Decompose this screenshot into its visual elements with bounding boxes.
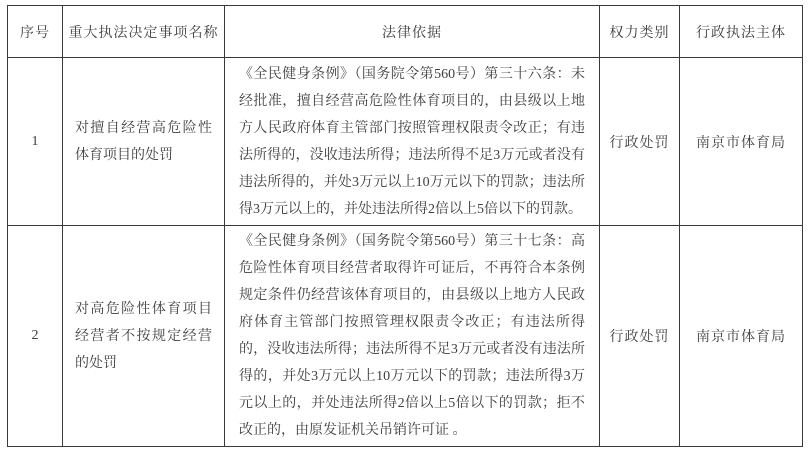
header-cell-power-category: 权力类别 [600,6,680,58]
table-row: 2 对高危险性体育项目经营者不按规定经营的处罚 《全民健身条例》（国务院令第56… [8,226,803,447]
row1-enforcement-body: 南京市体育局 [680,58,803,226]
row1-legal-basis: 《全民健身条例》（国务院令第560号）第三十六条：未经批准，擅自经营高危险性体育… [225,58,600,226]
header-cell-enforcement-body: 行政执法主体 [680,6,803,58]
header-cell-index: 序号 [8,6,63,58]
row2-name: 对高危险性体育项目经营者不按规定经营的处罚 [63,226,225,447]
table-row: 1 对擅自经营高危险性体育项目的处罚 《全民健身条例》（国务院令第560号）第三… [8,58,803,226]
row2-legal-basis: 《全民健身条例》（国务院令第560号）第三十七条：高危险性体育项目经营者取得许可… [225,226,600,447]
document-page: 序号 重大执法决定事项名称 法律依据 权力类别 行政执法主体 1 对擅自经营高危… [0,0,809,454]
row2-enforcement-body: 南京市体育局 [680,226,803,447]
row2-index: 2 [8,226,63,447]
header-cell-name: 重大执法决定事项名称 [63,6,225,58]
header-cell-legal-basis: 法律依据 [225,6,600,58]
row1-index: 1 [8,58,63,226]
enforcement-table: 序号 重大执法决定事项名称 法律依据 权力类别 行政执法主体 1 对擅自经营高危… [7,5,803,447]
row1-power-category: 行政处罚 [600,58,680,226]
row2-power-category: 行政处罚 [600,226,680,447]
row1-name: 对擅自经营高危险性体育项目的处罚 [63,58,225,226]
table-header-row: 序号 重大执法决定事项名称 法律依据 权力类别 行政执法主体 [8,6,803,58]
